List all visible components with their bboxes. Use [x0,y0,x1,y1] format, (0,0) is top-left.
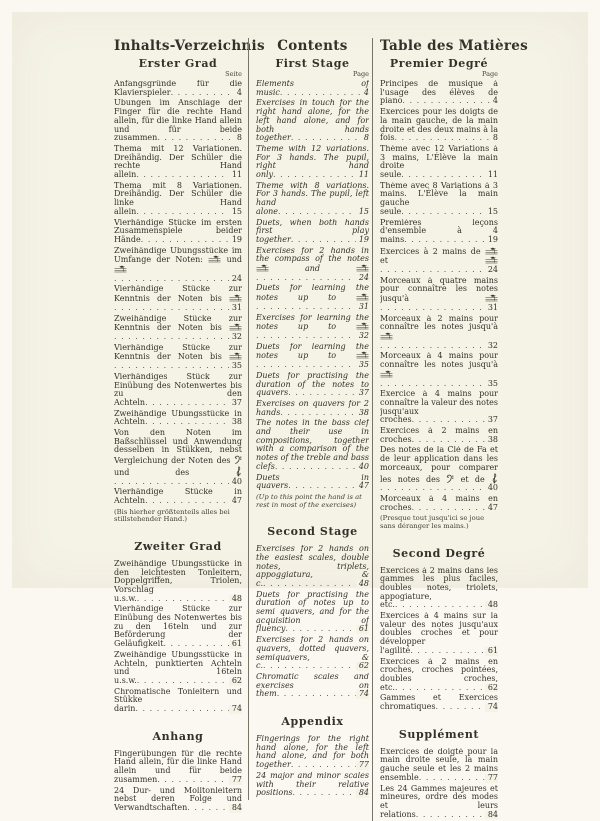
page-number: 35 [485,380,498,389]
toc-entry: Vierhändige Stücke zur Kenntnis der Note… [114,344,242,371]
toc-entry-text: Exercises for 2 hands on the easiest sca… [256,545,369,588]
toc-entry-text: Zweihändige Übungsstücke in Achteln, pun… [114,651,242,685]
bass-clef-icon [446,474,454,484]
toc-entry: Chromatische Tonleitern und Stükke darin… [114,688,242,714]
page-number: 74 [485,703,498,712]
treble-clef-icon [235,466,242,477]
music-notation-icon [256,264,269,272]
toc-entry: Vierhändige Stücke zur Einübung des Note… [114,605,242,649]
page-number: 11 [485,171,498,180]
page-number: 84 [356,789,369,798]
music-notation-icon [229,294,242,302]
toc-entry-text: Exercises in touch for the right hand al… [256,99,369,142]
toc-entry-text: Exercices à 2 mains de et [380,247,498,274]
toc-entry-text: Vierhändiges Stück zur Einübung des Note… [114,373,242,407]
toc-entry: Exercises for 2 hands on the easiest sca… [256,545,369,589]
toc-column-german: Inhalts-Verzeichnis Erster GradSeiteAnfa… [114,38,248,815]
page-column-label: Seite [114,71,242,78]
page-number: 8 [234,134,242,143]
section-heading: Second Degré [380,547,498,560]
page-number: 74 [356,690,369,699]
page-number: 31 [356,303,369,312]
toc-entry: Exercices à 2 mains dans les gammes les … [380,567,498,611]
column-title-german: Inhalts-Verzeichnis [114,38,242,54]
toc-entry: The notes in the bass clef and their use… [256,419,369,471]
page-number: 48 [229,595,242,604]
section-heading: Erster Grad [114,57,242,70]
page-number: 19 [485,236,498,245]
page-number: 38 [485,436,498,445]
toc-entry-text: Von den Noten im Baßschlüssel und Anwend… [114,429,242,486]
music-notation-icon [208,255,221,263]
page-number: 24 [229,275,242,284]
toc-entry-text: Exercices à 2 mains dans les gammes les … [380,567,498,610]
music-notation-icon [356,351,369,359]
toc-entry: Exercices de doigté pour la main droite … [380,748,498,783]
page-number: 15 [485,208,498,217]
toc-entry: Duets for learning the notes up to 35 [256,343,369,370]
toc-entry: Duets for learning the notes up to 31 [256,284,369,311]
toc-entry-text: Anfangsgründe für die Klavierspieler [114,80,242,97]
toc-entry: Vierhändige Stücke in Achteln47 [114,488,242,505]
toc-entry: Exercices à 2 mains en croches38 [380,427,498,444]
toc-entry: Elements of music4 [256,80,369,97]
section-footnote: (Bis hierher größtenteils alles bei stil… [114,509,242,524]
toc-entry-text: Vierhändige Stücke zur Kenntnis der Note… [114,344,242,370]
toc-three-columns: Inhalts-Verzeichnis Erster GradSeiteAnfa… [114,38,498,821]
page-number: 40 [229,478,242,487]
toc-entry-text: Theme with 8 variations. For 3 hands. Th… [256,182,369,216]
toc-entry-text: Duets for practising the duration of the… [256,372,369,397]
page-number: 24 [356,274,369,283]
toc-entry: Zweihändige Übungsstücke in Achteln38 [114,410,242,427]
page-number: 62 [485,684,498,693]
toc-entry-text: Fingerübungen für die rechte Hand allein… [114,750,242,784]
toc-entry: Gammes et Exercices chromatiques74 [380,694,498,711]
page-number: 47 [229,497,242,506]
toc-entry: Les 24 Gammes majeures et mineures, ordr… [380,785,498,820]
toc-entry-text: Vierhändige Stücke im ersten Zusammenspi… [114,219,242,244]
page-number: 38 [229,418,242,427]
toc-entry: Duets for practising the duration of the… [256,372,369,398]
toc-entry-text: Morceaux à 4 mains pour connaître les no… [380,352,498,387]
music-notation-icon [485,256,498,264]
page-number: 62 [229,677,242,686]
page-number: 4 [234,89,242,98]
toc-column-english: Contents First StagePageElements of musi… [248,38,372,800]
toc-entry: Thema mit 12 Variationen. Dreihändig. De… [114,145,242,180]
toc-entry: Übungen im Anschlage der Finger für die … [114,99,242,143]
toc-entry-text: Duets for learning the notes up to [256,343,369,369]
section-heading: First Stage [256,57,369,70]
toc-entry: Thème avec 12 Variations à 3 mains, L'Él… [380,145,498,180]
toc-entry: Zweihändige Stücke zur Kenntnis der Note… [114,315,242,342]
page-number: 4 [361,89,369,98]
toc-entry-text: Principes de musique à l'usage des élève… [380,80,498,105]
toc-entry-text: Übungen im Anschlage der Finger für die … [114,99,242,142]
toc-entry-text: Morceaux à 2 mains pour connaître les no… [380,315,498,350]
music-notation-icon [114,265,127,273]
treble-clef-icon [491,473,498,484]
toc-entry: Duets, when both hands first play togeth… [256,219,369,245]
toc-entry-text: Thema mit 12 Variationen. Dreihändig. De… [114,145,242,179]
music-notation-icon [380,370,393,378]
toc-entry-text: Duets in quavers [256,474,369,491]
page-number: 74 [229,705,242,714]
page-number: 84 [229,804,242,813]
page-number: 31 [485,304,498,313]
toc-entry-text: Exercices à 2 mains en croches [380,427,498,444]
toc-entry-text: Thème avec 12 Variations à 3 mains, L'Él… [380,145,498,179]
page-number: 35 [229,362,242,371]
toc-entry-text: Exercices à 2 mains en croches, croches … [380,658,498,692]
music-notation-icon [229,323,242,331]
toc-entry: Zweihändige Übungsstücke in Achteln, pun… [114,651,242,686]
page-number: 61 [356,625,369,634]
toc-entry: Morceaux à 4 mains pour connaître les no… [380,352,498,388]
toc-entry-text: The notes in the bass clef and their use… [256,419,369,471]
page-number: 32 [356,332,369,341]
toc-entry-text: Vierhändige Stücke zur Einübung des Note… [114,605,242,648]
page-column-label: Page [256,71,369,78]
music-notation-icon [229,352,242,360]
page-column-label: Page [380,71,498,78]
toc-entry: Exercices à 2 mains de et 24 [380,247,498,275]
page-number: 11 [229,171,242,180]
page-number: 38 [356,409,369,418]
toc-entry: Zweihändige Übungsstücke in den leichtes… [114,560,242,604]
section-heading: Appendix [256,715,369,728]
page-number: 37 [229,399,242,408]
page-number: 47 [485,504,498,513]
column-title-english: Contents [256,38,369,54]
page-number: 77 [229,776,242,785]
toc-entry-text: Exercises for 2 hands on quavers, dotted… [256,636,369,670]
toc-entry: Theme with 12 variations. For 3 hands. T… [256,145,369,180]
toc-entry-text: Zweihändige Übungsstücke in den leichtes… [114,560,242,603]
toc-entry-text: Fingerings for the right hand alone, for… [256,735,369,769]
toc-entry-text: Vierhändige Stücke in Achteln [114,488,242,505]
toc-entry: Exercices pour les doigts de la main gau… [380,108,498,143]
music-notation-icon [380,332,393,340]
toc-entry: Zweihändige Übungsstücke im Umfange der … [114,247,242,284]
page-number: 77 [356,761,369,770]
toc-entry-text: Zweihändige Übungsstücke im Umfange der … [114,247,242,283]
page-number: 32 [485,342,498,351]
toc-entry: Exercises in touch for the right hand al… [256,99,369,143]
toc-entry: Des notes de la Clé de Fa et de leur app… [380,446,498,493]
toc-entry: Exercises for learning the notes up to 3… [256,314,369,341]
page-number: 37 [356,389,369,398]
toc-entry: Duets for practising the duration of not… [256,591,369,635]
column-sections-french: Premier DegréPagePrincipes de musique à … [380,57,498,819]
page-number: 19 [229,236,242,245]
toc-entry-text: Gammes et Exercices chromatiques [380,694,498,711]
music-notation-icon [356,322,369,330]
page-number: 61 [485,647,498,656]
toc-entry: Anfangsgründe für die Klavierspieler4 [114,80,242,97]
page-number: 40 [356,463,369,472]
toc-column-french: Table des Matières Premier DegréPagePrin… [372,38,498,821]
toc-entry-text: Exercises on quavers for 2 hands [256,400,369,417]
toc-entry: Principes de musique à l'usage des élève… [380,80,498,106]
page-number: 62 [356,662,369,671]
page-number: 19 [356,236,369,245]
page-number: 37 [485,416,498,425]
toc-entry-text: Zweihändige Übungsstücke in Achteln [114,410,242,427]
toc-entry: Morceaux à 4 mains en croches47 [380,495,498,512]
toc-entry: Premières leçons d'ensemble à 4 mains19 [380,219,498,245]
toc-entry: Thema mit 8 Variationen. Dreihändig. Der… [114,182,242,217]
toc-entry-text: Les 24 Gammes majeures et mineures, ordr… [380,785,498,819]
toc-entry-text: Chromatische Tonleitern und Stükke darin [114,688,242,713]
column-sections-english: First StagePageElements of music4Exercis… [256,57,369,798]
page-number: 40 [485,484,498,493]
page-number: 8 [361,134,369,143]
toc-entry: Exercises for 2 hands on quavers, dotted… [256,636,369,671]
toc-entry-text: Thème avec 8 Variations à 3 mains. L'Élè… [380,182,498,216]
page-number: 11 [356,171,369,180]
toc-entry-text: Morceaux à 4 mains en croches [380,495,498,512]
music-notation-icon [356,264,369,272]
page-number: 31 [229,304,242,313]
toc-entry-text: Exercices pour les doigts de la main gau… [380,108,498,142]
page-number: 48 [356,580,369,589]
toc-entry-text: 24 Dur- und Molltonleitern nebst deren F… [114,787,242,812]
scanned-page: Inhalts-Verzeichnis Erster GradSeiteAnfa… [0,0,600,600]
page-number: 47 [356,482,369,491]
toc-entry: Morceaux à 2 mains pour connaître les no… [380,315,498,351]
music-notation-icon [485,247,498,255]
toc-entry-text: 24 major and minor scales with their rel… [256,772,369,797]
section-heading: Supplément [380,728,498,741]
page-number: 35 [356,361,369,370]
page-number: 8 [490,134,498,143]
toc-entry-text: Theme with 12 variations. For 3 hands. T… [256,145,369,179]
page-number: 32 [229,333,242,342]
toc-entry-text: Duets, when both hands first play togeth… [256,219,369,244]
toc-entry-text: Zweihändige Stücke zur Kenntnis der Note… [114,315,242,341]
page-number: 77 [485,774,498,783]
toc-entry: 24 major and minor scales with their rel… [256,772,369,798]
music-notation-icon [356,293,369,301]
toc-entry-text: Vierhändige Stücke zur Kenntnis der Note… [114,285,242,311]
section-footnote: (Presque tout jusqu'ici se joue sans dér… [380,515,498,530]
toc-entry-text: Thema mit 8 Variationen. Dreihändig. Der… [114,182,242,216]
section-heading: Second Stage [256,525,369,538]
toc-entry: Chromatic scales and exercises on them74 [256,673,369,699]
page-number: 24 [485,266,498,275]
page-number: 15 [229,208,242,217]
toc-entry-text: Exercices à 4 mains sur la valeur des no… [380,612,498,655]
toc-entry: Duets in quavers47 [256,474,369,491]
section-heading: Premier Degré [380,57,498,70]
toc-entry: Morceaux à quatre mains pour connaître l… [380,277,498,313]
toc-entry-text: Exercises for 2 hands in the compass of … [256,247,369,282]
toc-entry: Exercises on quavers for 2 hands38 [256,400,369,417]
toc-entry: Fingerings for the right hand alone, for… [256,735,369,770]
toc-entry: Exercises for 2 hands in the compass of … [256,247,369,283]
toc-entry-text: Elements of music [256,80,369,97]
toc-entry: Fingerübungen für die rechte Hand allein… [114,750,242,785]
toc-entry: Vierhändige Stücke im ersten Zusammenspi… [114,219,242,245]
toc-entry-text: Exercices de doigté pour la main droite … [380,748,498,782]
toc-entry-text: Morceaux à quatre mains pour connaître l… [380,277,498,312]
toc-entry: 24 Dur- und Molltonleitern nebst deren F… [114,787,242,813]
column-sections-german: Erster GradSeiteAnfangsgründe für die Kl… [114,57,242,813]
toc-entry: Theme with 8 variations. For 3 hands. Th… [256,182,369,217]
section-footnote: (Up to this point the hand is at rest in… [256,494,369,509]
page-number: 4 [490,97,498,106]
toc-entry-text: Exercises for learning the notes up to [256,314,369,340]
toc-entry: Vierhändiges Stück zur Einübung des Note… [114,373,242,408]
toc-entry: Vierhändige Stücke zur Kenntnis der Note… [114,285,242,312]
toc-entry: Von den Noten im Baßschlüssel und Anwend… [114,429,242,486]
column-title-french: Table des Matières [380,38,498,54]
section-heading: Zweiter Grad [114,540,242,553]
toc-entry: Exercice à 4 mains pour connaître la val… [380,390,498,425]
toc-entry: Exercices à 2 mains en croches, croches … [380,658,498,693]
page-number: 48 [485,601,498,610]
toc-entry-text: Exercice à 4 mains pour connaître la val… [380,390,498,424]
toc-entry: Thème avec 8 Variations à 3 mains. L'Élè… [380,182,498,217]
page-number: 84 [485,811,498,820]
bass-clef-icon [234,455,242,465]
music-notation-icon [485,294,498,302]
toc-entry: Exercices à 4 mains sur la valeur des no… [380,612,498,656]
toc-entry-text: Chromatic scales and exercises on them [256,673,369,698]
toc-entry-text: Premières leçons d'ensemble à 4 mains [380,219,498,244]
toc-entry-text: Duets for learning the notes up to [256,284,369,310]
toc-entry-text: Des notes de la Clé de Fa et de leur app… [380,446,498,492]
toc-entry-text: Duets for practising the duration of not… [256,591,369,634]
page-number: 61 [229,640,242,649]
page-number: 15 [356,208,369,217]
section-heading: Anhang [114,730,242,743]
